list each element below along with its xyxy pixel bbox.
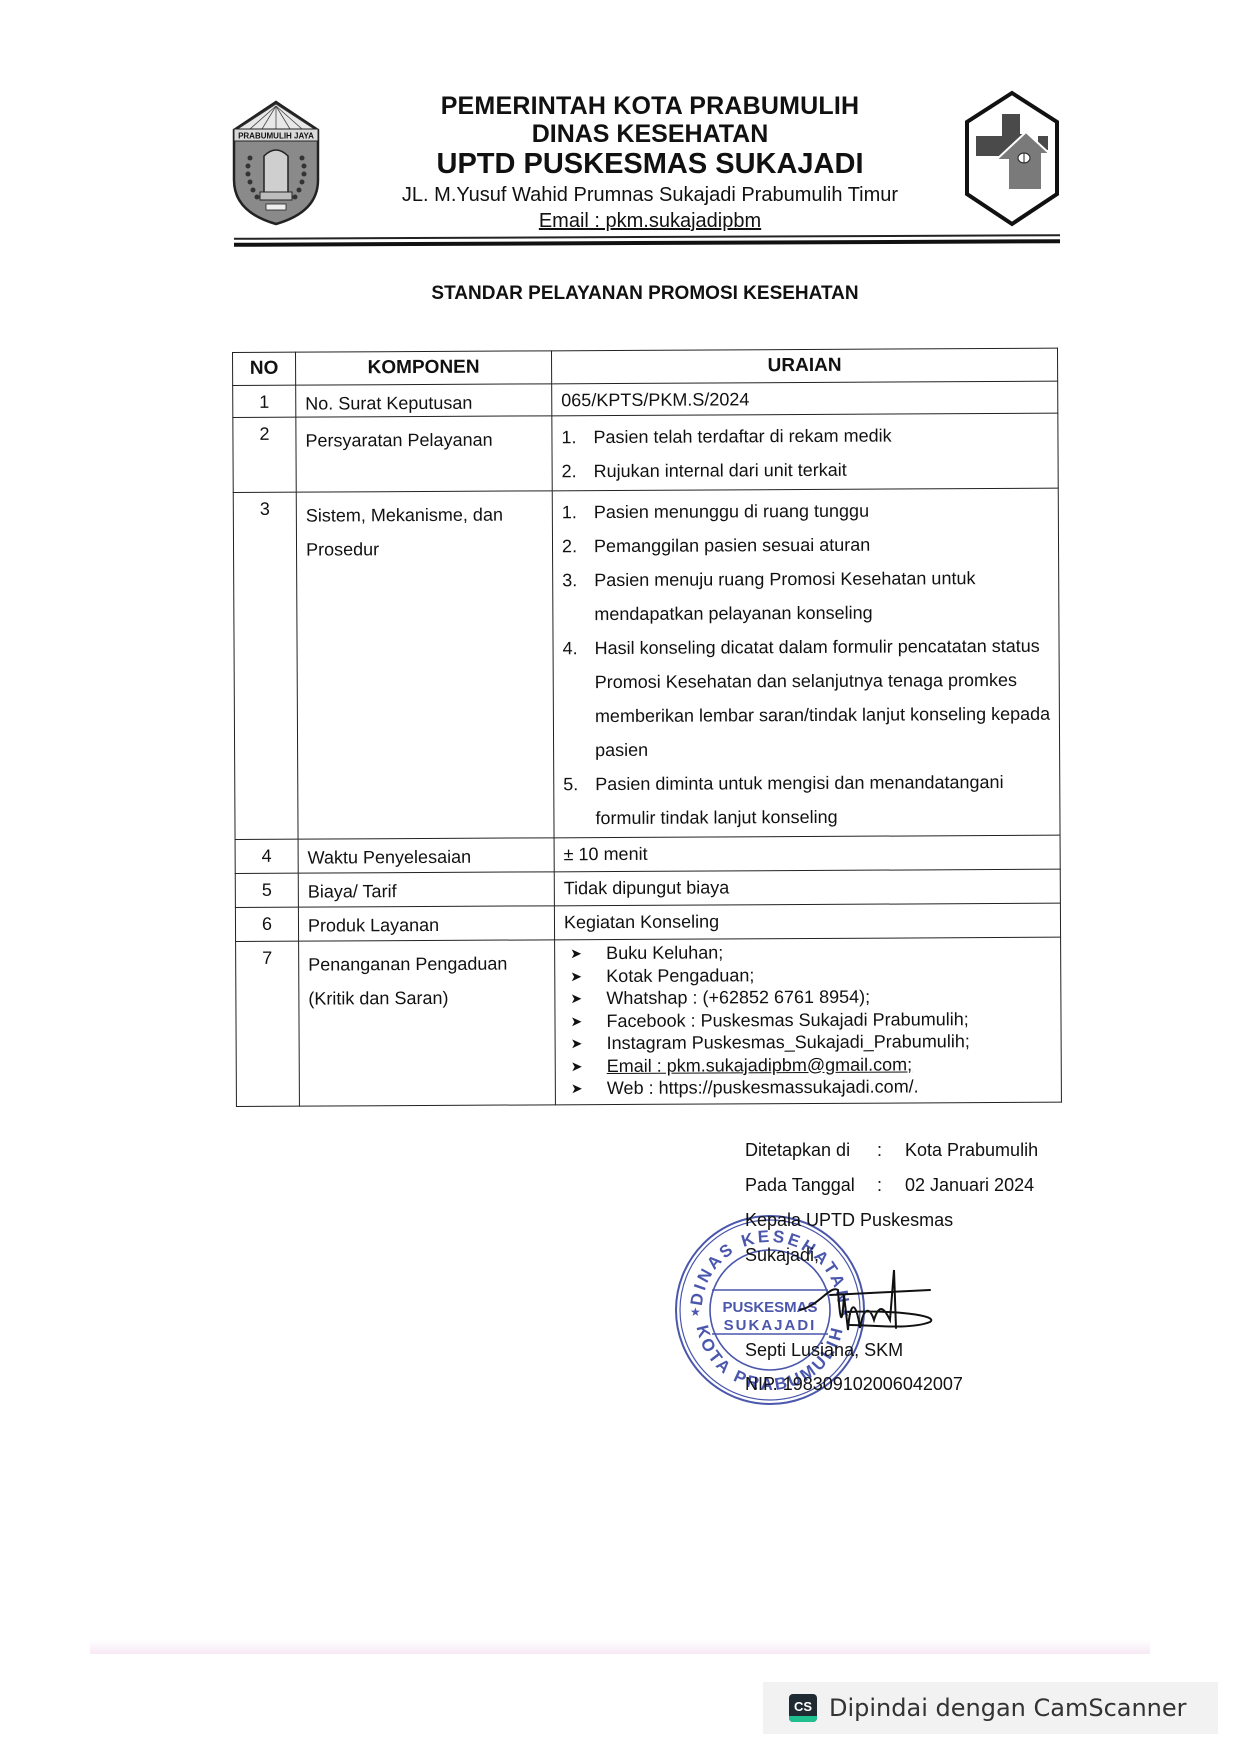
arrow-bullet-icon: ➤: [564, 1010, 606, 1033]
arrow-bullet-icon: ➤: [564, 942, 606, 965]
table-row: 1 No. Surat Keputusan 065/KPTS/PKM.S/202…: [233, 381, 1058, 417]
list-item-text: Kotak Pengaduan;: [606, 964, 754, 987]
website-link[interactable]: Web : https://puskesmassukajadi.com/.: [607, 1075, 919, 1099]
table-row: 7 Penanganan Pengaduan (Kritik dan Saran…: [236, 937, 1062, 1106]
list-item-text: Buku Keluhan;: [606, 941, 723, 964]
camscanner-watermark: CS Dipindai dengan CamScanner: [763, 1682, 1218, 1734]
list-item: 1.Pasien menunggu di ruang tunggu: [562, 493, 1050, 530]
row-uraian: 1.Pasien menunggu di ruang tunggu 2.Pema…: [552, 488, 1060, 838]
row-no: 5: [235, 873, 298, 907]
row-komponen: Produk Layanan: [298, 906, 554, 941]
row-no: 2: [233, 417, 296, 492]
row-uraian: ± 10 menit: [554, 835, 1060, 872]
row-komponen: Waktu Penyelesaian: [298, 838, 554, 873]
table-row: 6 Produk Layanan Kegiatan Konseling: [235, 903, 1060, 941]
email-text: Email : pkm.sukajadipbm: [539, 210, 761, 232]
header-komponen: KOMPONEN: [296, 351, 552, 385]
place-value: Kota Prabumulih: [905, 1140, 1038, 1161]
list-item: ➤Email : pkm.sukajadipbm@gmail.com;: [565, 1052, 1053, 1077]
list-item: 1.Pasien telah terdaftar di rekam medik: [561, 418, 1049, 455]
signatory-nip: NIP. 198309102006042007: [745, 1374, 963, 1395]
procedure-list: 1.Pasien menunggu di ruang tunggu 2.Pema…: [562, 493, 1052, 836]
address: JL. M.Yusuf Wahid Prumnas Sukajadi Prabu…: [340, 184, 960, 207]
list-item: 2.Rujukan internal dari unit terkait: [562, 452, 1050, 489]
row-komponen: Biaya/ Tarif: [298, 872, 554, 907]
arrow-bullet-icon: ➤: [564, 965, 606, 988]
date-value: 02 Januari 2024: [905, 1175, 1034, 1196]
list-item-text: Whatshap : (+62852 6761 8954);: [606, 986, 870, 1010]
requirements-list: 1.Pasien telah terdaftar di rekam medik …: [561, 418, 1049, 489]
scan-edge-artifact: [90, 1640, 1150, 1654]
row-uraian: 1.Pasien telah terdaftar di rekam medik …: [552, 413, 1058, 491]
city-emblem-logo: PRABUMULIH JAYA: [230, 100, 322, 226]
header-no: NO: [233, 352, 296, 385]
table-row: 4 Waktu Penyelesaian ± 10 menit: [235, 835, 1060, 873]
place-separator: :: [877, 1140, 905, 1161]
row-komponen: Penanganan Pengaduan (Kritik dan Saran): [299, 940, 556, 1106]
list-item: 3.Pasien menuju ruang Promosi Kesehatan …: [562, 561, 1050, 632]
camscanner-logo-icon: CS: [789, 1694, 817, 1722]
list-item-text: Pasien menunggu di ruang tunggu: [594, 494, 869, 529]
row-uraian: Tidak dipungut biaya: [554, 869, 1060, 906]
list-item: ➤Web : https://puskesmassukajadi.com/.: [565, 1075, 1053, 1100]
list-item-text: Instagram Puskesmas_Sukajadi_Prabumulih;: [607, 1030, 970, 1054]
arrow-bullet-icon: ➤: [564, 987, 606, 1010]
place-label: Ditetapkan di: [745, 1140, 877, 1161]
row-komponen: Persyaratan Pelayanan: [296, 416, 552, 492]
row-no: 3: [233, 492, 298, 839]
svg-text:★: ★: [690, 1305, 701, 1319]
service-standard-table: NO KOMPONEN URAIAN 1 No. Surat Keputusan…: [232, 348, 1062, 1107]
row-uraian: Kegiatan Konseling: [554, 903, 1060, 940]
list-item: 5.Pasien diminta untuk mengisi dan menan…: [563, 765, 1051, 836]
camscanner-text: Dipindai dengan CamScanner: [829, 1694, 1187, 1722]
list-item-text: Facebook : Puskesmas Sukajadi Prabumulih…: [606, 1008, 968, 1032]
list-item: ➤Kotak Pengaduan;: [564, 962, 1052, 987]
date-separator: :: [877, 1175, 905, 1196]
signatory-name: Septi Lusiana, SKM: [745, 1340, 903, 1361]
list-item-text: Pasien telah terdaftar di rekam medik: [593, 419, 891, 455]
table-header-row: NO KOMPONEN URAIAN: [233, 348, 1058, 385]
arrow-bullet-icon: ➤: [565, 1077, 607, 1100]
row-no: 1: [233, 385, 296, 417]
date-label: Pada Tanggal: [745, 1175, 877, 1196]
row-no: 4: [235, 839, 298, 873]
list-item-text: Pasien diminta untuk mengisi dan menanda…: [595, 765, 1051, 835]
list-item: 4.Hasil konseling dicatat dalam formulir…: [562, 629, 1051, 768]
table-row: 3 Sistem, Mekanisme, dan Prosedur 1.Pasi…: [233, 488, 1060, 839]
document-title: STANDAR PELAYANAN PROMOSI KESEHATAN: [230, 283, 1060, 305]
complaint-channels-list: ➤Buku Keluhan; ➤Kotak Pengaduan; ➤Whatsh…: [564, 940, 1053, 1100]
letterhead-rule-thick: [234, 239, 1060, 247]
list-item: ➤Instagram Puskesmas_Sukajadi_Prabumulih…: [565, 1030, 1053, 1055]
row-no: 7: [236, 941, 300, 1106]
arrow-bullet-icon: ➤: [565, 1055, 607, 1078]
date-row: Pada Tanggal : 02 Januari 2024: [745, 1175, 1034, 1196]
email-line: Email : pkm.sukajadipbm: [340, 210, 960, 233]
place-row: Ditetapkan di : Kota Prabumulih: [745, 1140, 1038, 1161]
row-uraian: ➤Buku Keluhan; ➤Kotak Pengaduan; ➤Whatsh…: [555, 937, 1062, 1104]
header-uraian: URAIAN: [551, 348, 1057, 384]
list-item-text: Pasien menuju ruang Promosi Kesehatan un…: [594, 561, 1050, 631]
table-row: 5 Biaya/ Tarif Tidak dipungut biaya: [235, 869, 1060, 907]
list-item: 2.Pemanggilan pasien sesuai aturan: [562, 527, 1050, 564]
list-item: ➤Whatshap : (+62852 6761 8954);: [564, 985, 1052, 1010]
list-item-text: Pemanggilan pasien sesuai aturan: [594, 528, 870, 563]
row-no: 6: [235, 907, 298, 941]
department-name: DINAS KESEHATAN: [340, 120, 960, 149]
puskesmas-logo: [962, 90, 1062, 230]
position-line1: Kepala UPTD Puskesmas: [745, 1210, 953, 1231]
list-item-text: Hasil konseling dicatat dalam formulir p…: [594, 629, 1051, 767]
list-item-text: Rujukan internal dari unit terkait: [594, 453, 847, 488]
government-name: PEMERINTAH KOTA PRABUMULIH: [340, 92, 960, 121]
arrow-bullet-icon: ➤: [565, 1032, 607, 1055]
handwritten-signature: [790, 1250, 950, 1350]
email-link[interactable]: Email : pkm.sukajadipbm@gmail.com;: [607, 1053, 912, 1077]
table-row: 2 Persyaratan Pelayanan 1.Pasien telah t…: [233, 413, 1058, 492]
row-komponen: Sistem, Mekanisme, dan Prosedur: [296, 491, 554, 839]
row-uraian: 065/KPTS/PKM.S/2024: [552, 381, 1058, 416]
list-item: ➤Facebook : Puskesmas Sukajadi Prabumuli…: [564, 1007, 1052, 1032]
svg-text:PRABUMULIH JAYA: PRABUMULIH JAYA: [238, 132, 314, 141]
row-komponen: No. Surat Keputusan: [296, 384, 552, 417]
institution-name: UPTD PUSKESMAS SUKAJADI: [340, 148, 960, 181]
list-item: ➤Buku Keluhan;: [564, 940, 1052, 965]
